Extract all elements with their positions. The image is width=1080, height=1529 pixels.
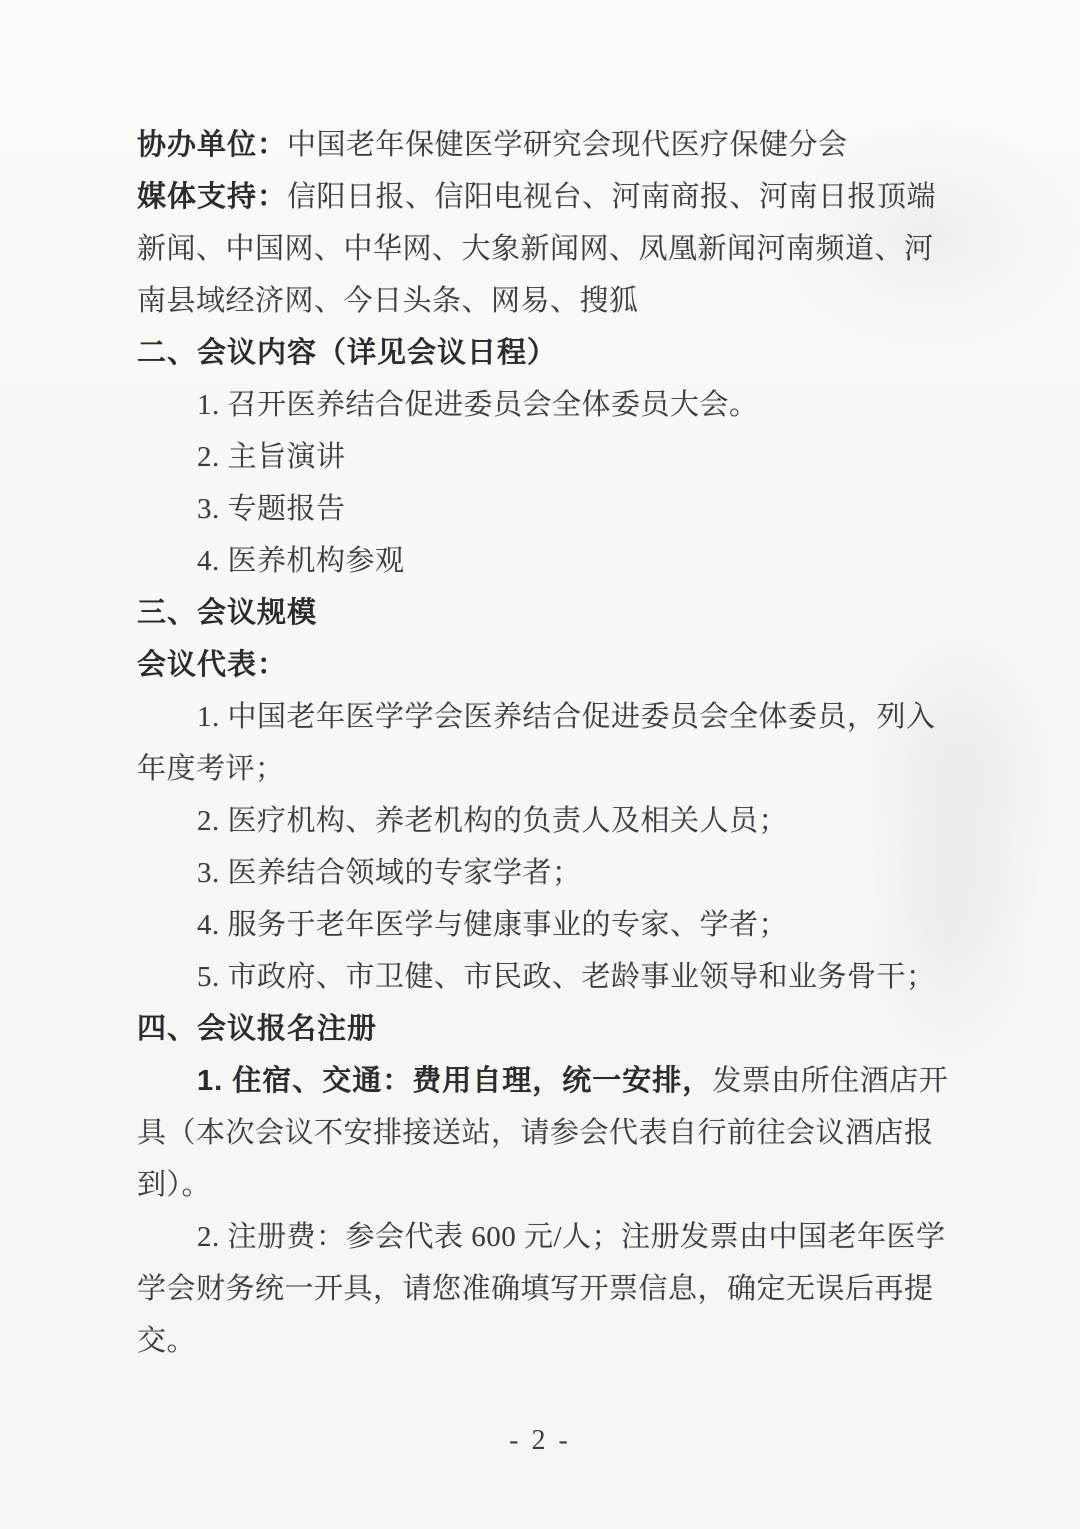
text-segment: 4. 医养机构参观 — [197, 545, 405, 577]
text-segment: 5. 市政府、市卫健、市民政、老龄事业领导和业务骨干； — [197, 961, 936, 993]
text-segment: 年度考评； — [137, 753, 285, 785]
text-segment: 2. 注册费：参会代表 600 元/人；注册发票由中国老年医学 — [197, 1221, 946, 1253]
text-segment: 具（本次会议不安排接送站，请参会代表自行前往会议酒店报 — [137, 1117, 934, 1149]
text-line: 新闻、中国网、中华网、大象新闻网、凤凰新闻河南频道、河 — [137, 223, 952, 275]
text-segment: 1. 中国老年医学学会医养结合促进委员会全体委员，列入 — [197, 701, 936, 733]
text-segment: 交。 — [137, 1325, 196, 1357]
text-line: 南县域经济网、今日头条、网易、搜狐 — [137, 275, 952, 327]
bold-text-segment: 媒体支持： — [137, 181, 287, 213]
text-segment: 3. 专题报告 — [197, 493, 346, 525]
text-segment: 发票由所住酒店开 — [712, 1065, 948, 1097]
text-line: 三、会议规模 — [137, 587, 952, 639]
bold-text-segment: 三、会议规模 — [137, 597, 317, 629]
text-line: 2. 主旨演讲 — [137, 431, 952, 483]
text-line: 会议代表： — [137, 639, 952, 691]
text-line: 5. 市政府、市卫健、市民政、老龄事业领导和业务骨干； — [137, 951, 952, 1003]
text-segment: 2. 主旨演讲 — [197, 441, 346, 473]
text-line: 1. 住宿、交通：费用自理，统一安排，发票由所住酒店开 — [137, 1055, 952, 1107]
bold-text-segment: 会议代表： — [137, 649, 287, 681]
bold-text-segment: 1. 住宿、交通：费用自理，统一安排， — [197, 1065, 712, 1097]
text-line: 3. 医养结合领域的专家学者； — [137, 847, 952, 899]
text-line: 4. 医养机构参观 — [137, 535, 952, 587]
text-line: 到）。 — [137, 1159, 952, 1211]
text-segment: 学会财务统一开具，请您准确填写开票信息，确定无误后再提 — [137, 1273, 934, 1305]
text-segment: 南县域经济网、今日头条、网易、搜狐 — [137, 285, 639, 317]
text-segment: 1. 召开医养结合促进委员会全体委员大会。 — [197, 389, 759, 421]
document-page: 协办单位：中国老年保健医学研究会现代医疗保健分会媒体支持：信阳日报、信阳电视台、… — [0, 0, 1080, 1529]
text-line: 交。 — [137, 1315, 952, 1367]
text-segment: 信阳日报、信阳电视台、河南商报、河南日报顶端 — [287, 181, 936, 213]
text-line: 3. 专题报告 — [137, 483, 952, 535]
bold-text-segment: 协办单位： — [137, 129, 287, 161]
text-line: 二、会议内容（详见会议日程） — [137, 327, 952, 379]
text-segment: 到）。 — [137, 1169, 211, 1201]
text-segment: 新闻、中国网、中华网、大象新闻网、凤凰新闻河南频道、河 — [137, 233, 934, 265]
text-line: 媒体支持：信阳日报、信阳电视台、河南商报、河南日报顶端 — [137, 171, 952, 223]
bold-text-segment: 二、会议内容（详见会议日程） — [137, 337, 557, 369]
text-line: 具（本次会议不安排接送站，请参会代表自行前往会议酒店报 — [137, 1107, 952, 1159]
text-line: 学会财务统一开具，请您准确填写开票信息，确定无误后再提 — [137, 1263, 952, 1315]
text-segment: 中国老年保健医学研究会现代医疗保健分会 — [287, 129, 848, 161]
text-segment: 4. 服务于老年医学与健康事业的专家、学者； — [197, 909, 788, 941]
text-segment: 2. 医疗机构、养老机构的负责人及相关人员； — [197, 805, 788, 837]
text-line: 2. 医疗机构、养老机构的负责人及相关人员； — [137, 795, 952, 847]
text-segment: 3. 医养结合领域的专家学者； — [197, 857, 582, 889]
text-line: 四、会议报名注册 — [137, 1003, 952, 1055]
document-body: 协办单位：中国老年保健医学研究会现代医疗保健分会媒体支持：信阳日报、信阳电视台、… — [137, 119, 952, 1367]
text-line: 协办单位：中国老年保健医学研究会现代医疗保健分会 — [137, 119, 952, 171]
text-line: 1. 中国老年医学学会医养结合促进委员会全体委员，列入 — [137, 691, 952, 743]
text-line: 4. 服务于老年医学与健康事业的专家、学者； — [137, 899, 952, 951]
bold-text-segment: 四、会议报名注册 — [137, 1013, 377, 1045]
text-line: 1. 召开医养结合促进委员会全体委员大会。 — [137, 379, 952, 431]
text-line: 年度考评； — [137, 743, 952, 795]
page-number: - 2 - — [0, 1425, 1080, 1457]
text-line: 2. 注册费：参会代表 600 元/人；注册发票由中国老年医学 — [137, 1211, 952, 1263]
